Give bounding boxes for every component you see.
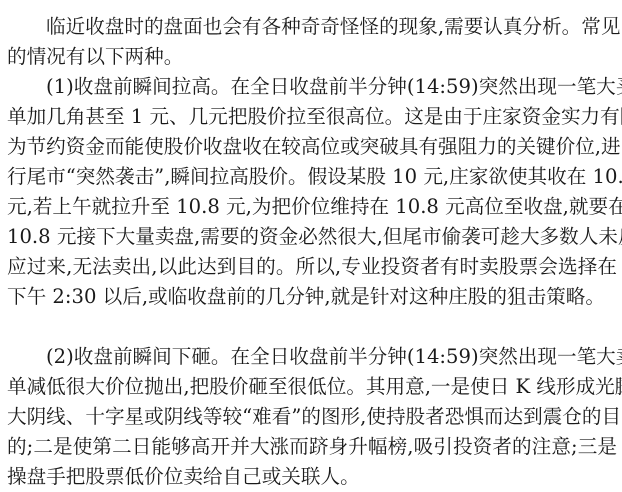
intro-line-1: 临近收盘时的盘面也会有各种奇奇怪怪的现象,需要认真分析。常见	[46, 12, 617, 42]
case1-line-7: 应过来,无法卖出,以此达到目的。所以,专业投资者有时卖股票会选择在	[7, 252, 617, 282]
case1-line-1: (1)收盘前瞬间拉高。在全日收盘前半分钟(14:59)突然出现一笔大买	[46, 72, 617, 102]
case1-line-2: 单加几角甚至 1 元、几元把股价拉至很高位。这是由于庄家资金实力有限,	[7, 102, 617, 132]
case1-line-4: 行尾市“突然袭击”,瞬间拉高股价。假设某股 10 元,庄家欲使其收在 10.8	[7, 162, 617, 192]
case2-line-1: (2)收盘前瞬间下砸。在全日收盘前半分钟(14:59)突然出现一笔大卖	[46, 342, 617, 372]
case2-line-3: 大阴线、十字星或阴线等较“难看”的图形,使持股者恐惧而达到震仓的目	[7, 402, 617, 432]
document-page: 临近收盘时的盘面也会有各种奇奇怪怪的现象,需要认真分析。常见 的情况有以下两种。…	[0, 0, 622, 492]
intro-line-2: 的情况有以下两种。	[7, 42, 617, 72]
case2-line-5: 操盘手把股票低价位卖给自己或关联人。	[7, 462, 617, 492]
case2-line-4: 的;二是使第二日能够高开并大涨而跻身升幅榜,吸引投资者的注意;三是	[7, 432, 617, 462]
case1-line-8: 下午 2:30 以后,或临收盘前的几分钟,就是针对这种庄股的狙击策略。	[7, 282, 617, 312]
case1-line-6: 10.8 元接下大量卖盘,需要的资金必然很大,但尾市偷袭可趁大多数人未反	[7, 222, 617, 252]
case2-line-2: 单减低很大价位抛出,把股价砸至很低位。其用意,一是使日 K 线形成光脚	[7, 372, 617, 402]
case1-line-3: 为节约资金而能使股价收盘收在较高位或突破具有强阻力的关键价位,进	[7, 132, 617, 162]
case1-line-5: 元,若上午就拉升至 10.8 元,为把价位维持在 10.8 元高位至收盘,就要在	[7, 192, 617, 222]
